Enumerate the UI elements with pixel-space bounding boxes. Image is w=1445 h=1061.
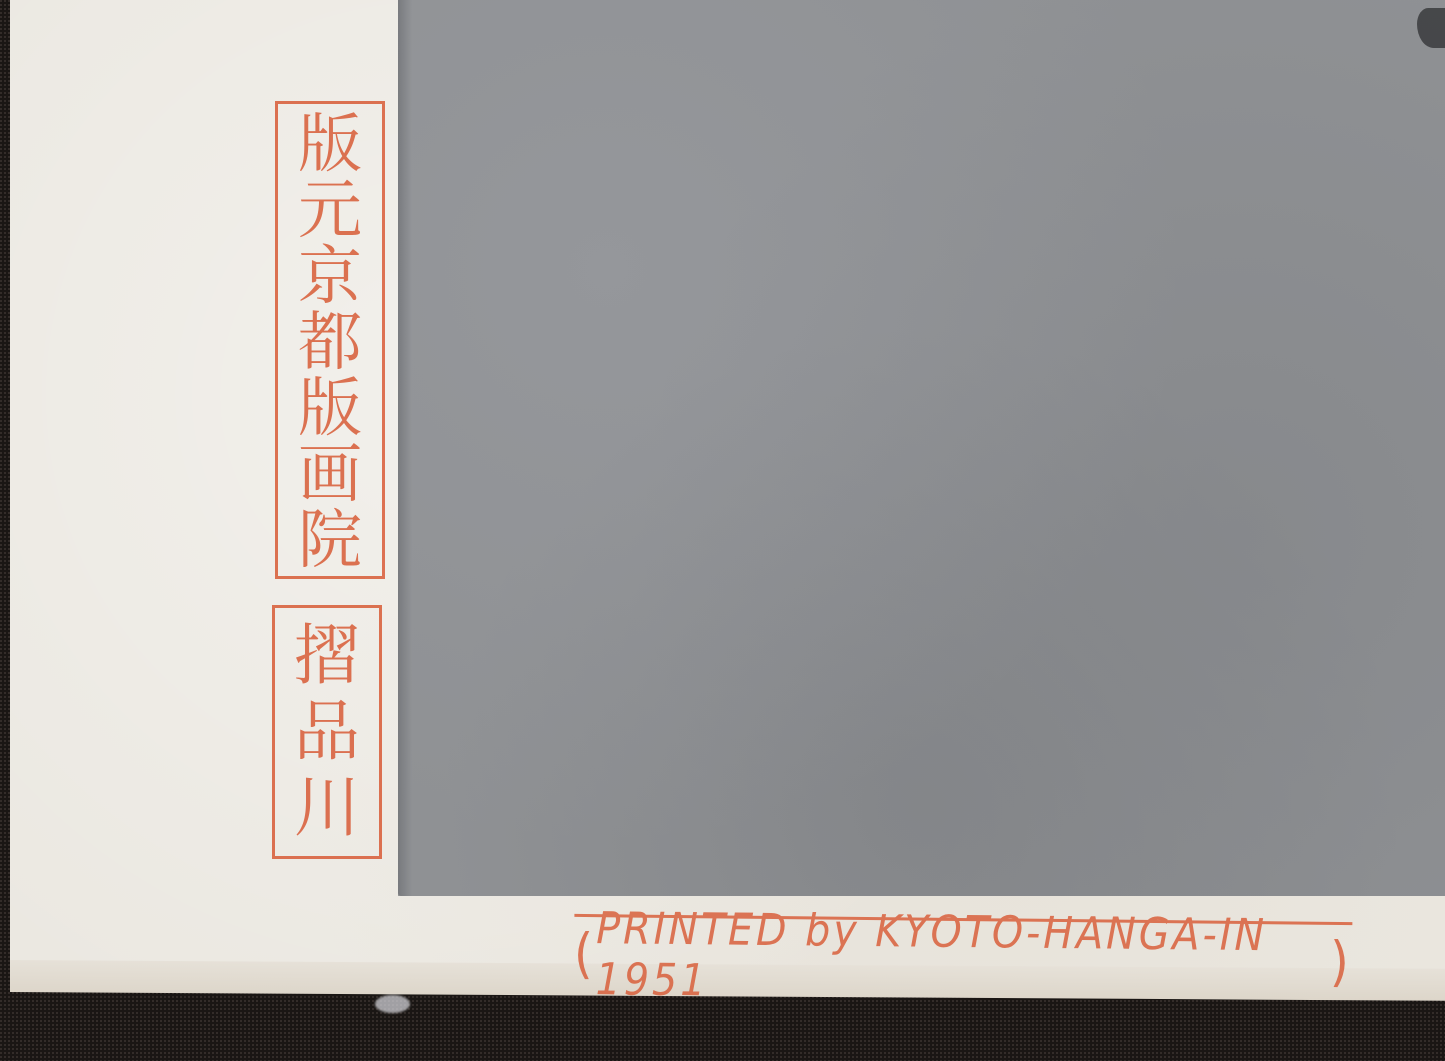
seal-char: 品 (294, 695, 360, 769)
seal-char: 版 (298, 376, 362, 442)
seal-char: 都 (298, 310, 362, 376)
publisher-seal-line2: 京 都 版 画 院 (298, 244, 362, 574)
seal-char: 版 (298, 112, 362, 178)
stamp-close-bracket: ) (1330, 930, 1353, 993)
stamp-open-bracket: ( (574, 922, 597, 985)
seal-char: 川 (294, 771, 360, 845)
fabric-lint (375, 995, 410, 1013)
publisher-seal-line1: 版 元 (298, 112, 362, 244)
seal-char: 元 (298, 178, 362, 244)
printed-image-area (398, 0, 1445, 896)
stamp-text: PRINTED by KYOTO-HANGA-IN 1951 (595, 903, 1330, 1013)
printed-area-edge-shadow (398, 0, 412, 896)
seal-char: 画 (298, 442, 362, 508)
publisher-seal: 版 元 京 都 版 画 院 (275, 101, 385, 579)
printed-by-stamp: ( PRINTED by KYOTO-HANGA-IN 1951 ) (574, 914, 1353, 998)
dark-ink-mark (1417, 8, 1445, 48)
seal-char: 摺 (294, 619, 360, 693)
seal-char: 院 (298, 508, 362, 574)
seal-char: 京 (298, 244, 362, 310)
printer-seal: 摺 品 川 (272, 605, 382, 859)
